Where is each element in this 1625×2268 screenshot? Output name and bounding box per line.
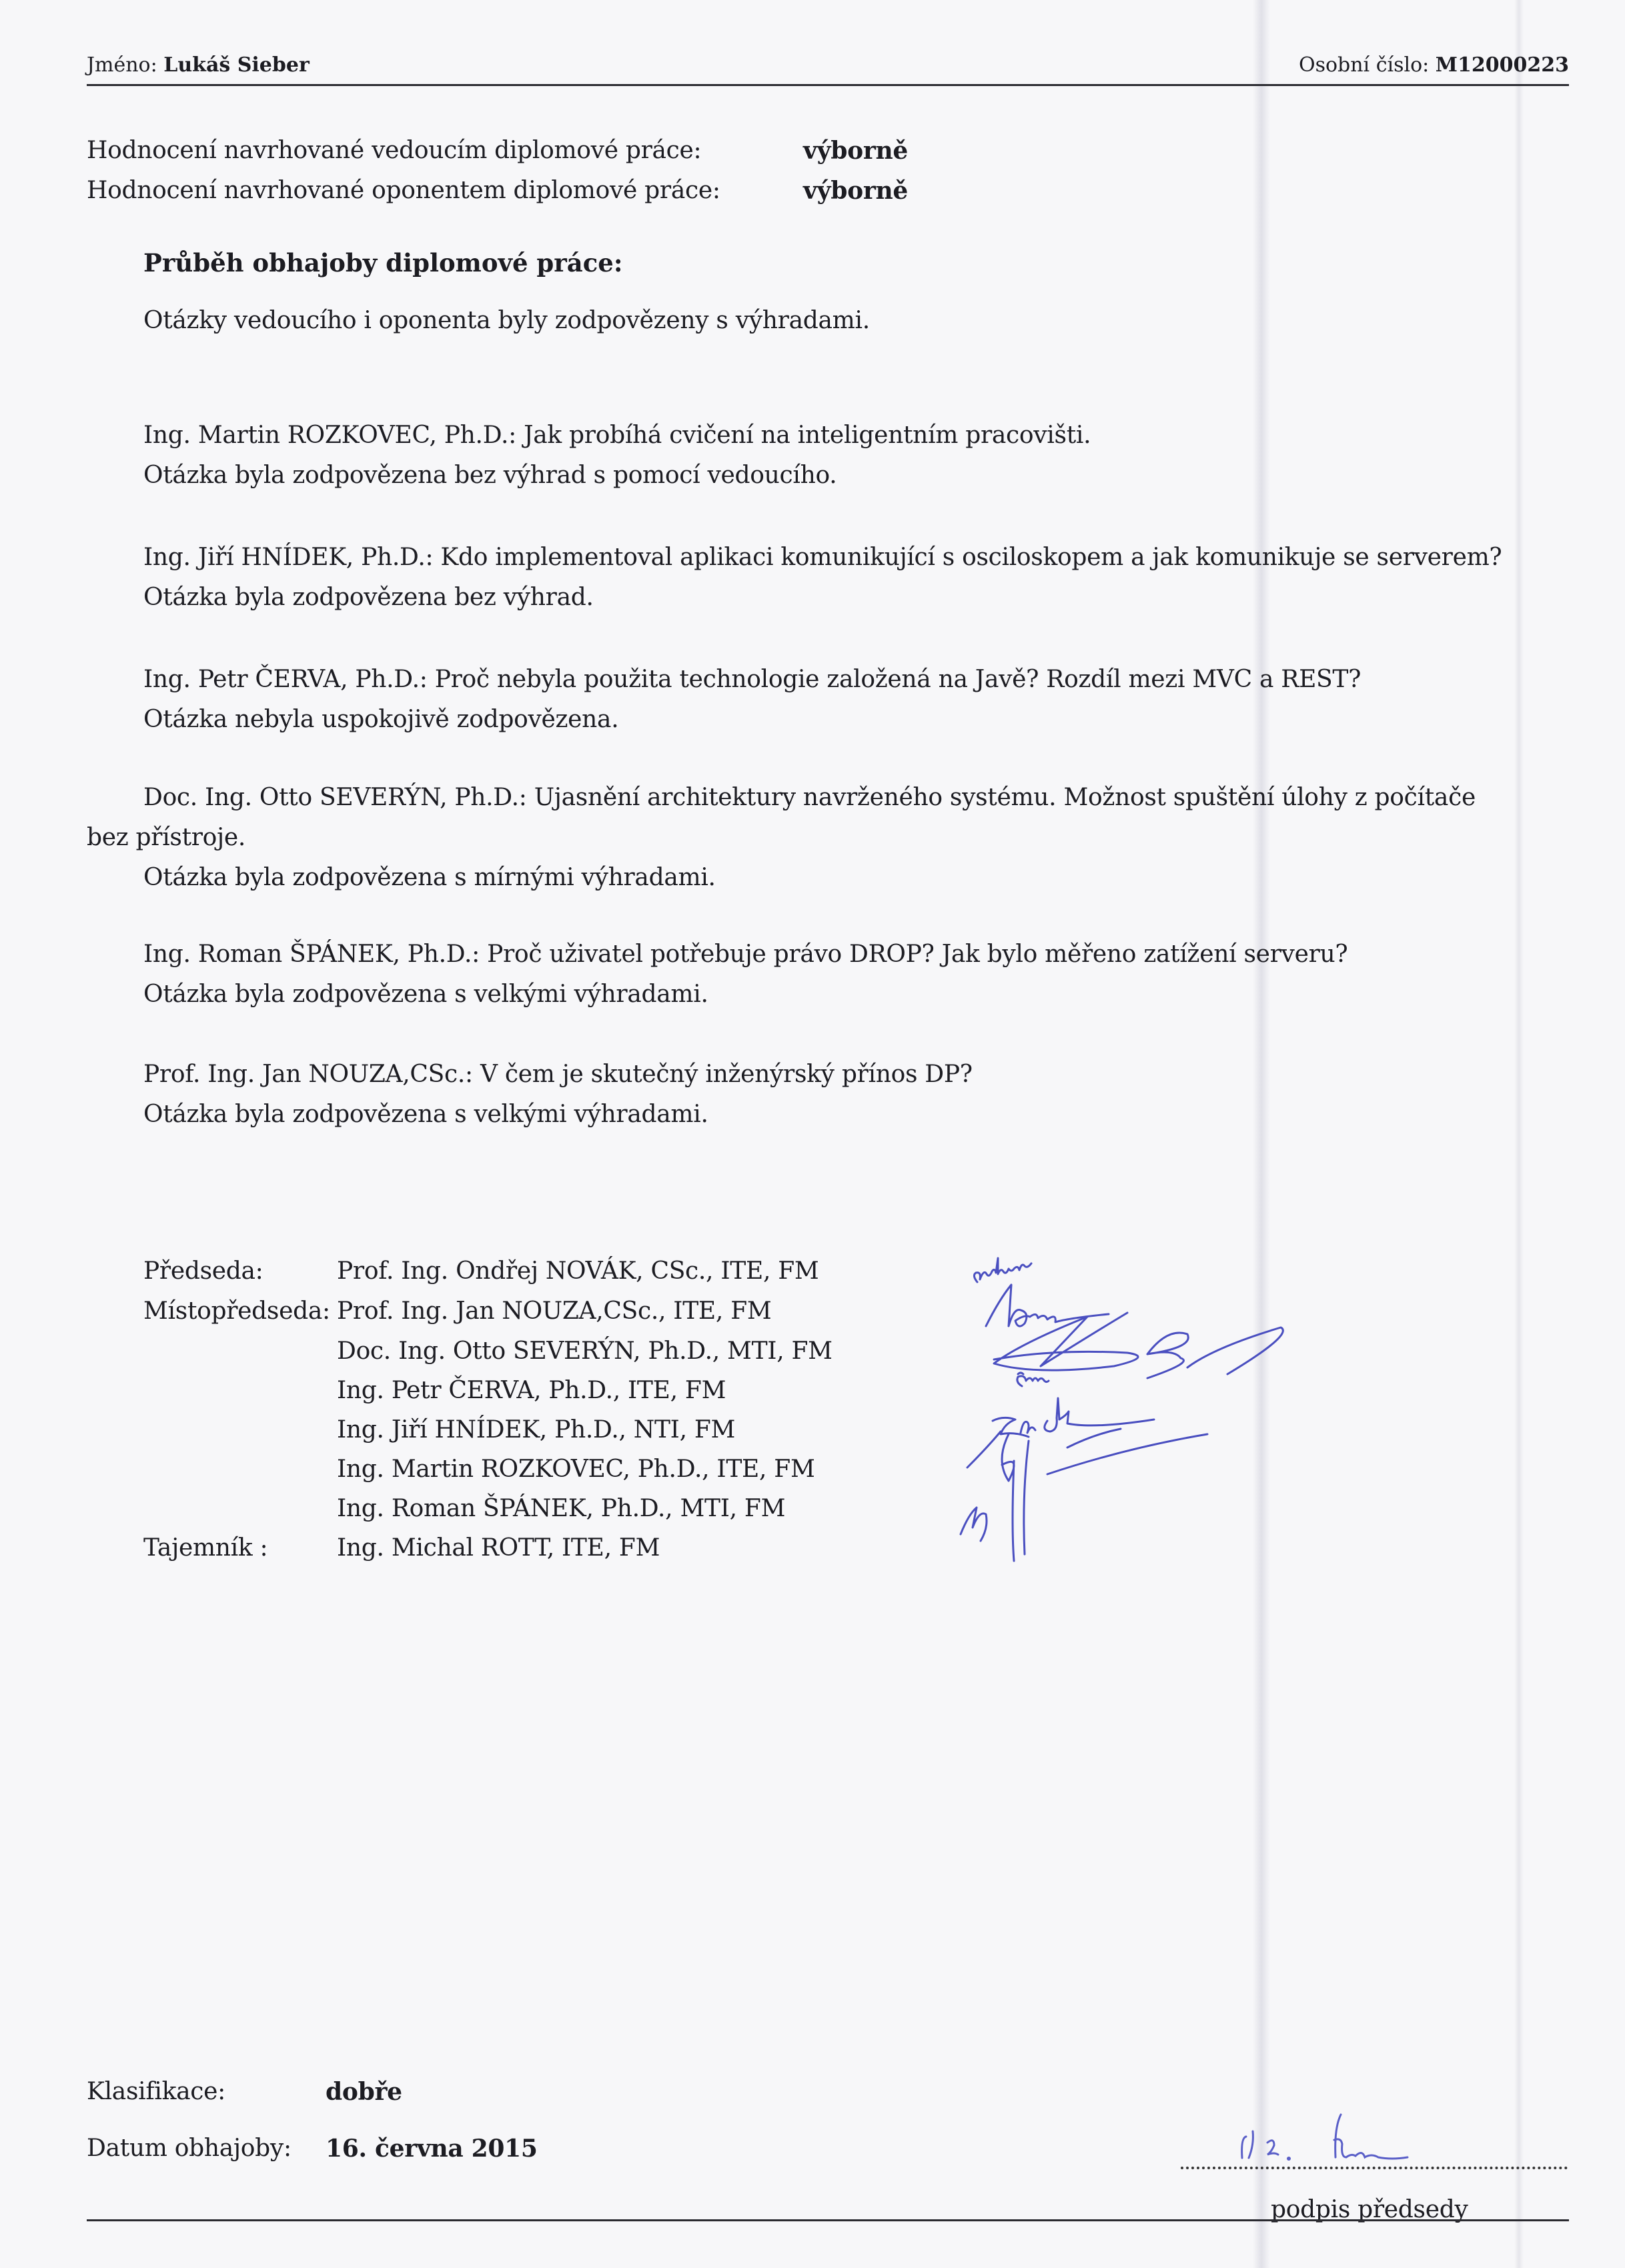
eval-opponent-value: výborně xyxy=(803,177,908,205)
header-rule xyxy=(87,84,1569,86)
name-label: Jméno: xyxy=(87,53,157,77)
signature-line xyxy=(1181,2167,1568,2169)
committee-member: Doc. Ing. Otto SEVERÝN, Ph.D., MTI, FM xyxy=(337,1337,833,1365)
committee-member: Ing. Martin ROZKOVEC, Ph.D., ITE, FM xyxy=(337,1456,815,1483)
eval-supervisor-value: výborně xyxy=(803,137,908,165)
question-spanek: Ing. Roman ŠPÁNEK, Ph.D.: Proč uživatel … xyxy=(143,941,1347,968)
personal-number: Osobní číslo: M12000223 xyxy=(1299,53,1569,77)
paper-fold xyxy=(1514,0,1524,2268)
eval-opponent-label: Hodnocení navrhované oponentem diplomové… xyxy=(87,177,720,204)
chair-label: Předseda: xyxy=(143,1257,263,1285)
committee-member: Ing. Petr ČERVA, Ph.D., ITE, FM xyxy=(337,1377,726,1404)
student-name: Jméno: Lukáš Sieber xyxy=(87,53,310,77)
defense-date-label: Datum obhajoby: xyxy=(87,2135,292,2162)
answer-severyn: Otázka byla zodpovězena s mírnými výhrad… xyxy=(143,864,716,891)
question-cerva: Ing. Petr ČERVA, Ph.D.: Proč nebyla použ… xyxy=(143,666,1361,693)
vice-chair-label: Místopředseda: xyxy=(143,1297,330,1325)
committee-member: Ing. Jiří HNÍDEK, Ph.D., NTI, FM xyxy=(337,1416,735,1444)
question-rozkovec: Ing. Martin ROZKOVEC, Ph.D.: Jak probíhá… xyxy=(143,422,1091,449)
eval-supervisor-label: Hodnocení navrhované vedoucím diplomové … xyxy=(87,137,701,164)
paper-fold xyxy=(1253,0,1270,2268)
answer-rozkovec: Otázka byla zodpovězena bez výhrad s pom… xyxy=(143,462,837,489)
question-hnidek: Ing. Jiří HNÍDEK, Ph.D.: Kdo implementov… xyxy=(143,544,1502,571)
defense-summary: Otázky vedoucího i oponenta byly zodpově… xyxy=(143,307,870,334)
id-label: Osobní číslo: xyxy=(1299,53,1429,77)
footer-rule xyxy=(87,2219,1569,2221)
classification-value: dobře xyxy=(326,2078,402,2106)
answer-hnidek: Otázka byla zodpovězena bez výhrad. xyxy=(143,584,594,611)
answer-spanek: Otázka byla zodpovězena s velkými výhrad… xyxy=(143,981,708,1008)
committee-member: Prof. Ing. Ondřej NOVÁK, CSc., ITE, FM xyxy=(337,1257,819,1285)
defense-heading: Průběh obhajoby diplomové práce: xyxy=(143,248,623,277)
answer-nouza: Otázka byla zodpovězena s velkými výhrad… xyxy=(143,1101,708,1128)
secretary-label: Tajemník : xyxy=(143,1534,267,1562)
committee-member: Ing. Michal ROTT, ITE, FM xyxy=(337,1534,660,1562)
question-nouza: Prof. Ing. Jan NOUZA,CSc.: V čem je skut… xyxy=(143,1061,973,1088)
chair-signature xyxy=(1227,2101,1548,2168)
name-value: Lukáš Sieber xyxy=(163,53,309,77)
committee-member: Ing. Roman ŠPÁNEK, Ph.D., MTI, FM xyxy=(337,1495,785,1522)
question-severyn: Doc. Ing. Otto SEVERÝN, Ph.D.: Ujasnění … xyxy=(143,784,1476,811)
id-value: M12000223 xyxy=(1436,53,1569,77)
answer-cerva: Otázka nebyla uspokojivě zodpovězena. xyxy=(143,706,618,733)
defense-date-value: 16. června 2015 xyxy=(326,2135,538,2163)
classification-label: Klasifikace: xyxy=(87,2078,225,2105)
committee-signatures xyxy=(947,1221,1294,1594)
question-severyn-cont: bez přístroje. xyxy=(87,824,245,851)
committee-member: Prof. Ing. Jan NOUZA,CSc., ITE, FM xyxy=(337,1297,771,1325)
